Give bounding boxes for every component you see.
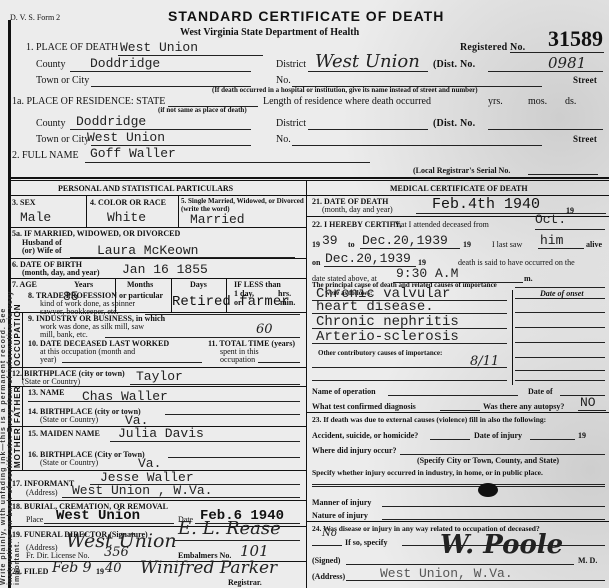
occupation-section-label: OCCUPATION: [13, 303, 22, 366]
registered-no: 31589: [548, 26, 603, 52]
physician-address-value: West Union, W.Va.: [380, 566, 513, 581]
res-town-label: Town or City: [36, 134, 89, 145]
physician-signature: W. Poole: [440, 530, 563, 560]
county-label: County: [36, 59, 65, 70]
father-name-value: Chas Waller: [82, 389, 168, 404]
dist-no-value: 0981: [548, 54, 586, 72]
registrar-signature: Winifred Parker: [140, 558, 277, 578]
trade-value: Retired farmer: [172, 294, 290, 310]
cause-item: Arterio-sclerosis: [316, 329, 459, 345]
full-name-label: 2. FULL NAME: [12, 150, 79, 161]
residence-label: 1a. PLACE OF RESIDENCE: STATE: [12, 96, 165, 107]
informant-address-value: West Union , W.Va.: [72, 483, 212, 498]
burial-place-value: West Union: [56, 508, 140, 524]
attended-to-value: Dec.20,1939: [362, 233, 448, 248]
form-id: D. V. S. Form 2: [10, 13, 60, 22]
birthplace-value: Taylor: [136, 369, 183, 384]
place-of-death-value: West Union: [120, 40, 198, 55]
district-value: West Union: [315, 51, 420, 72]
cause-item: Chronic nephritis: [316, 314, 459, 330]
serial-label: (Local Registrar's Serial No.: [413, 166, 510, 175]
district-label: District: [276, 59, 306, 70]
filed-date-value: Feb 9: [52, 560, 92, 576]
town-label: Town or City: [36, 75, 89, 86]
county-value: Doddridge: [90, 56, 160, 71]
onset-label: Date of onset: [540, 289, 584, 298]
funeral-director-signature: E. L. Rease: [178, 518, 281, 539]
medical-header: MEDICAL CERTIFICATE OF DEATH: [390, 184, 528, 193]
personal-header: PERSONAL AND STATISTICAL PARTICULARS: [58, 184, 233, 193]
cause-item: heart disease.: [316, 299, 434, 315]
death-certificate: Write plainly, with unfading ink—this is…: [0, 0, 609, 588]
length-label: Length of residence where death occurred: [263, 96, 431, 107]
mother-section-label: MOTHER: [13, 427, 22, 468]
street-label: Street: [573, 75, 597, 85]
time-of-death-value: 9:30 A.M: [396, 266, 458, 281]
res-county-value: Doddridge: [76, 114, 146, 129]
column-divider: [306, 180, 307, 588]
attended-from-value: Oct.: [535, 212, 566, 227]
res-county-label: County: [36, 118, 65, 129]
race-value: White: [107, 210, 146, 225]
sex-value: Male: [20, 210, 51, 225]
place-of-death-label: 1. PLACE OF DEATH: [26, 42, 118, 53]
license-value: 356: [104, 545, 129, 560]
mother-birthplace-value: Va.: [138, 456, 161, 471]
residence-note: (if not same as place of death): [158, 106, 247, 114]
date-of-death-value: Feb.4th 1940: [432, 196, 540, 213]
father-section-label: FATHER: [13, 386, 22, 423]
occupation-related-value: No: [322, 528, 337, 539]
mother-name-value: Julia Davis: [118, 426, 204, 441]
hospital-note: (If death occurred in a hospital or inst…: [212, 86, 478, 94]
industry-value: 60: [256, 322, 273, 337]
attended-from-year: 39: [322, 233, 338, 248]
ink-blot: [478, 483, 498, 497]
res-town-value: West Union: [87, 130, 165, 145]
dist-no-label: (Dist. No.: [433, 59, 475, 70]
last-saw-value: him: [540, 233, 563, 248]
spouse-value: Laura McKeown: [97, 243, 198, 258]
marital-value: Married: [190, 212, 245, 227]
subtitle: West Virginia State Department of Health: [180, 27, 359, 38]
no-label: No.: [276, 75, 291, 86]
last-saw-date-value: Dec.20,1939: [325, 251, 411, 266]
dob-value: Jan 16 1855: [122, 262, 208, 277]
filed-year-value: 40: [105, 561, 122, 576]
page-title: STANDARD CERTIFICATE OF DEATH: [168, 8, 444, 24]
full-name-value: Goff Waller: [90, 146, 176, 161]
autopsy-value: NO: [580, 395, 596, 410]
